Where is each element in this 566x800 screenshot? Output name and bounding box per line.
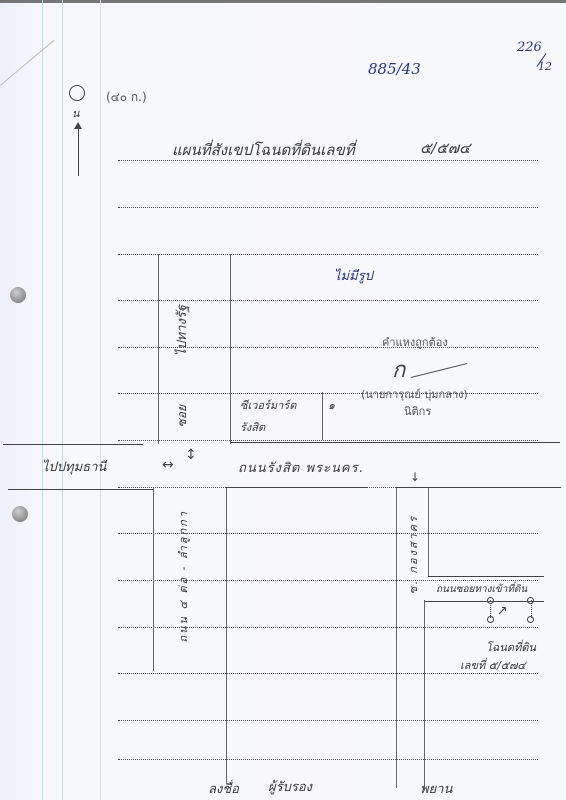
certifier-role: นิติกร — [404, 402, 431, 420]
stamp-text: ไม่มีรูป — [334, 265, 373, 286]
right-soi-west-edge — [396, 488, 397, 788]
building-number: ๑ — [328, 396, 335, 414]
margin-line — [100, 0, 101, 800]
scan-edge — [0, 0, 566, 3]
north-label: น — [72, 104, 80, 122]
building-label: ซีเวอร์มาร์ต — [240, 396, 296, 414]
parcel-marker-icon — [527, 597, 534, 604]
main-road-west-label: ไปปทุมธานี — [42, 456, 106, 477]
page-title: แผนที่สังเขปโฉนดที่ดินเลขที่ — [172, 138, 355, 162]
signature-right: พยาน — [420, 778, 452, 799]
punch-hole — [12, 506, 28, 522]
left-soi-mid-label: ซอย — [172, 405, 191, 427]
north-arrowhead-icon — [74, 122, 82, 129]
corner-fold-mark — [0, 40, 54, 86]
cross-arrow-icon: ↕ — [185, 447, 197, 463]
main-road-north-edge-west — [3, 444, 143, 445]
north-arrow-icon — [78, 126, 79, 176]
case-number: 885/43 — [368, 60, 421, 78]
soi-left-boundary — [158, 254, 159, 444]
right-soi-east-edge-north — [428, 488, 429, 576]
signature-stroke — [411, 363, 468, 378]
deed-number: ๕/๕๗๔ — [420, 136, 470, 160]
left-soi-lower-label: ถนน ๔ ต่อ - ลำลูกกา — [175, 510, 193, 643]
soi-right-boundary-south — [226, 488, 227, 784]
ruled-line — [118, 759, 538, 760]
scale-note: (๔๐ ก.) — [106, 88, 147, 107]
right-soi-label: ซ. กองสาคร — [405, 515, 423, 594]
ruled-line — [118, 720, 538, 721]
ruled-line — [118, 300, 538, 301]
ruled-line — [118, 160, 538, 161]
punch-hole — [10, 287, 26, 303]
ruled-line — [118, 393, 538, 394]
right-soi-east-edge-south — [424, 600, 425, 790]
signature-mid: ผู้รับรอง — [268, 776, 312, 797]
lane-north-edge — [428, 576, 544, 577]
scanned-page: 885/43 226 12 น (๔๐ ก.) แผนที่สังเขปโฉนด… — [0, 0, 566, 800]
main-road-south-edge-west — [8, 489, 153, 490]
ruled-line — [118, 207, 538, 208]
parcel-marker-icon — [487, 597, 494, 604]
signature-left: ลงชื่อ — [208, 778, 239, 799]
main-road-label: ถนนรังสิต พระนคร. — [238, 457, 364, 478]
margin-line — [42, 0, 43, 800]
margin-line — [62, 0, 63, 800]
main-road-south-edge-mid — [226, 487, 368, 488]
parcel-marker-icon — [487, 616, 494, 623]
compass-circle-icon — [69, 85, 85, 101]
building-right-edge — [322, 392, 323, 440]
building-label-2: รังสิต — [240, 418, 265, 436]
main-road-north-edge-east — [230, 442, 560, 443]
down-arrow-icon: ↓ — [410, 470, 420, 484]
certifier-name: (นายการุณย์ บุ่มกลาง) — [361, 385, 468, 403]
ruled-line — [118, 440, 538, 441]
parcel-deed-label: เลขที่ ๕/๕๗๔ — [460, 656, 526, 674]
parcel-label: โฉนดที่ดิน — [486, 638, 536, 656]
main-road-south-edge-east — [396, 487, 561, 488]
parcel-marker-icon — [527, 616, 534, 623]
soi-right-boundary — [230, 254, 231, 444]
certifier-signature: ก — [392, 352, 405, 387]
soi-left-boundary-south — [153, 488, 154, 671]
certification-label: คำแหงถูกต้อง — [382, 333, 448, 351]
page-ref-top: 226 — [517, 40, 542, 55]
lane-label: ถนนซอยทางเข้าที่ดิน — [436, 582, 527, 597]
ruled-line — [118, 254, 538, 255]
road-direction-arrow-icon: ↔ — [162, 457, 174, 473]
left-soi-upper-label: ไปทางรัฐ — [172, 305, 193, 356]
